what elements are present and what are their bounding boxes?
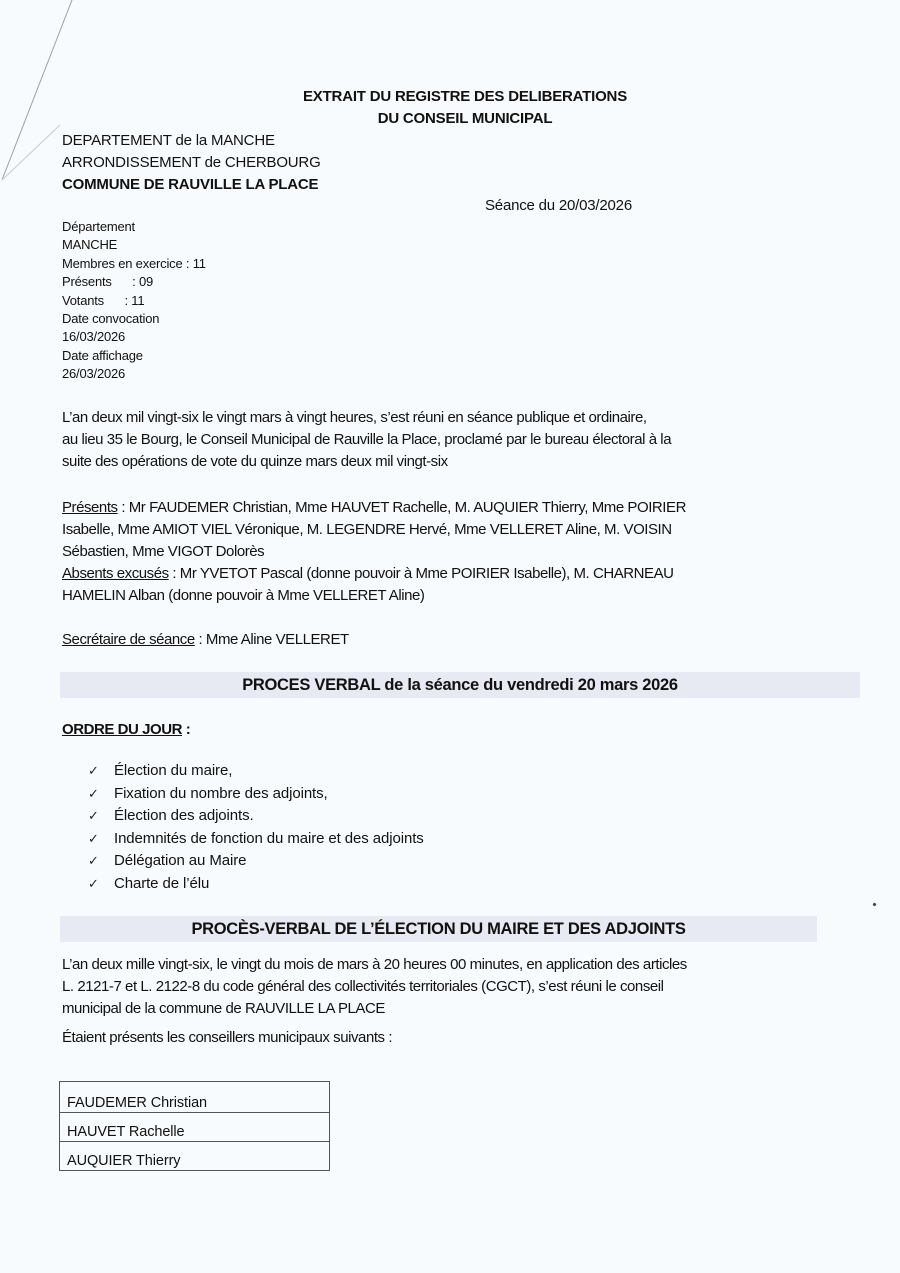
table-row: AUQUIER Thierry [60, 1142, 330, 1171]
presents-line: Présents : Mr FAUDEMER Christian, Mme HA… [62, 497, 852, 519]
meta-row: Date convocation [62, 310, 206, 328]
agenda-item-label: Fixation du nombre des adjoints, [114, 783, 328, 806]
meta-row: 16/03/2026 [62, 328, 206, 346]
agenda-item: ✓Indemnités de fonction du maire et des … [88, 828, 424, 851]
proces-verbal-banner: PROCES VERBAL de la séance du vendredi 2… [60, 672, 860, 698]
document-title: EXTRAIT DU REGISTRE DES DELIBERATIONS DU… [300, 86, 630, 130]
agenda-item-label: Indemnités de fonction du maire et des a… [114, 828, 424, 851]
meta-row: Présents : 09 [62, 273, 206, 291]
intro-line: L’an deux mil vingt-six le vingt mars à … [62, 407, 852, 429]
scan-speck [872, 902, 876, 906]
attendance-section: Présents : Mr FAUDEMER Christian, Mme HA… [62, 497, 852, 651]
agenda-item-label: Élection des adjoints. [114, 805, 254, 828]
agenda-item: ✓Délégation au Maire [88, 850, 424, 873]
table-row: HAUVET Rachelle [60, 1113, 330, 1142]
secretaire-line: Secrétaire de séance : Mme Aline VELLERE… [62, 629, 852, 651]
check-icon: ✓ [88, 828, 114, 851]
agenda-item: ✓Élection des adjoints. [88, 805, 424, 828]
meta-row: Département [62, 218, 206, 236]
election-line: L’an deux mille vingt-six, le vingt du m… [62, 954, 852, 976]
meta-row: Membres en exercice : 11 [62, 255, 206, 273]
election-line: municipal de la commune de RAUVILLE LA P… [62, 998, 852, 1020]
departement-line: DEPARTEMENT de la MANCHE [62, 130, 321, 152]
councillor-name: FAUDEMER Christian [60, 1082, 330, 1113]
presents-text: Isabelle, Mme AMIOT VIEL Véronique, M. L… [62, 519, 852, 541]
agenda-item-label: Élection du maire, [114, 760, 232, 783]
absents-text: HAMELIN Alban (donne pouvoir à Mme VELLE… [62, 585, 852, 607]
ordre-du-jour-label: ORDRE DU JOUR [62, 721, 182, 738]
councillors-table: FAUDEMER Christian HAUVET Rachelle AUQUI… [59, 1081, 330, 1171]
administrative-header: DEPARTEMENT de la MANCHE ARRONDISSEMENT … [62, 130, 321, 196]
secretaire-label: Secrétaire de séance [62, 631, 195, 648]
title-line-1: EXTRAIT DU REGISTRE DES DELIBERATIONS [300, 86, 630, 108]
ordre-du-jour-heading: ORDRE DU JOUR : [62, 719, 852, 741]
session-metadata: Département MANCHE Membres en exercice :… [62, 218, 206, 384]
seance-date: Séance du 20/03/2026 [485, 197, 632, 214]
agenda-item: ✓Fixation du nombre des adjoints, [88, 783, 424, 806]
check-icon: ✓ [88, 760, 114, 783]
meta-row: Date affichage [62, 347, 206, 365]
check-icon: ✓ [88, 805, 114, 828]
table-row: FAUDEMER Christian [60, 1082, 330, 1113]
title-line-2: DU CONSEIL MUNICIPAL [300, 108, 630, 130]
meta-row: Votants : 11 [62, 292, 206, 310]
ordre-du-jour-colon: : [182, 721, 190, 738]
presents-intro: Étaient présents les conseillers municip… [62, 1027, 852, 1049]
check-icon: ✓ [88, 783, 114, 806]
presents-text: : Mr FAUDEMER Christian, Mme HAUVET Rach… [118, 499, 686, 516]
agenda-item: ✓Charte de l’élu [88, 873, 424, 896]
election-banner: PROCÈS-VERBAL DE L’ÉLECTION DU MAIRE ET … [60, 916, 817, 942]
arrondissement-line: ARRONDISSEMENT de CHERBOURG [62, 152, 321, 174]
meta-row: MANCHE [62, 236, 206, 254]
absents-line: Absents excusés : Mr YVETOT Pascal (donn… [62, 563, 852, 585]
commune-line: COMMUNE DE RAUVILLE LA PLACE [62, 174, 321, 196]
agenda-item: ✓Élection du maire, [88, 760, 424, 783]
presents-label: Présents [62, 499, 118, 516]
check-icon: ✓ [88, 850, 114, 873]
agenda-item-label: Charte de l’élu [114, 873, 209, 896]
councillor-name: AUQUIER Thierry [60, 1142, 330, 1171]
intro-paragraph: L’an deux mil vingt-six le vingt mars à … [62, 407, 852, 473]
check-icon: ✓ [88, 873, 114, 896]
agenda-item-label: Délégation au Maire [114, 850, 246, 873]
absents-label: Absents excusés [62, 565, 169, 582]
secretaire-value: : Mme Aline VELLERET [195, 631, 349, 648]
agenda-list: ✓Élection du maire, ✓Fixation du nombre … [88, 760, 424, 896]
councillor-name: HAUVET Rachelle [60, 1113, 330, 1142]
meta-row: 26/03/2026 [62, 365, 206, 383]
intro-line: au lieu 35 le Bourg, le Conseil Municipa… [62, 429, 852, 451]
election-line: L. 2121-7 et L. 2122-8 du code général d… [62, 976, 852, 998]
absents-text: : Mr YVETOT Pascal (donne pouvoir à Mme … [169, 565, 674, 582]
presents-text: Sébastien, Mme VIGOT Dolorès [62, 541, 852, 563]
intro-line: suite des opérations de vote du quinze m… [62, 451, 852, 473]
election-paragraph: L’an deux mille vingt-six, le vingt du m… [62, 954, 852, 1049]
